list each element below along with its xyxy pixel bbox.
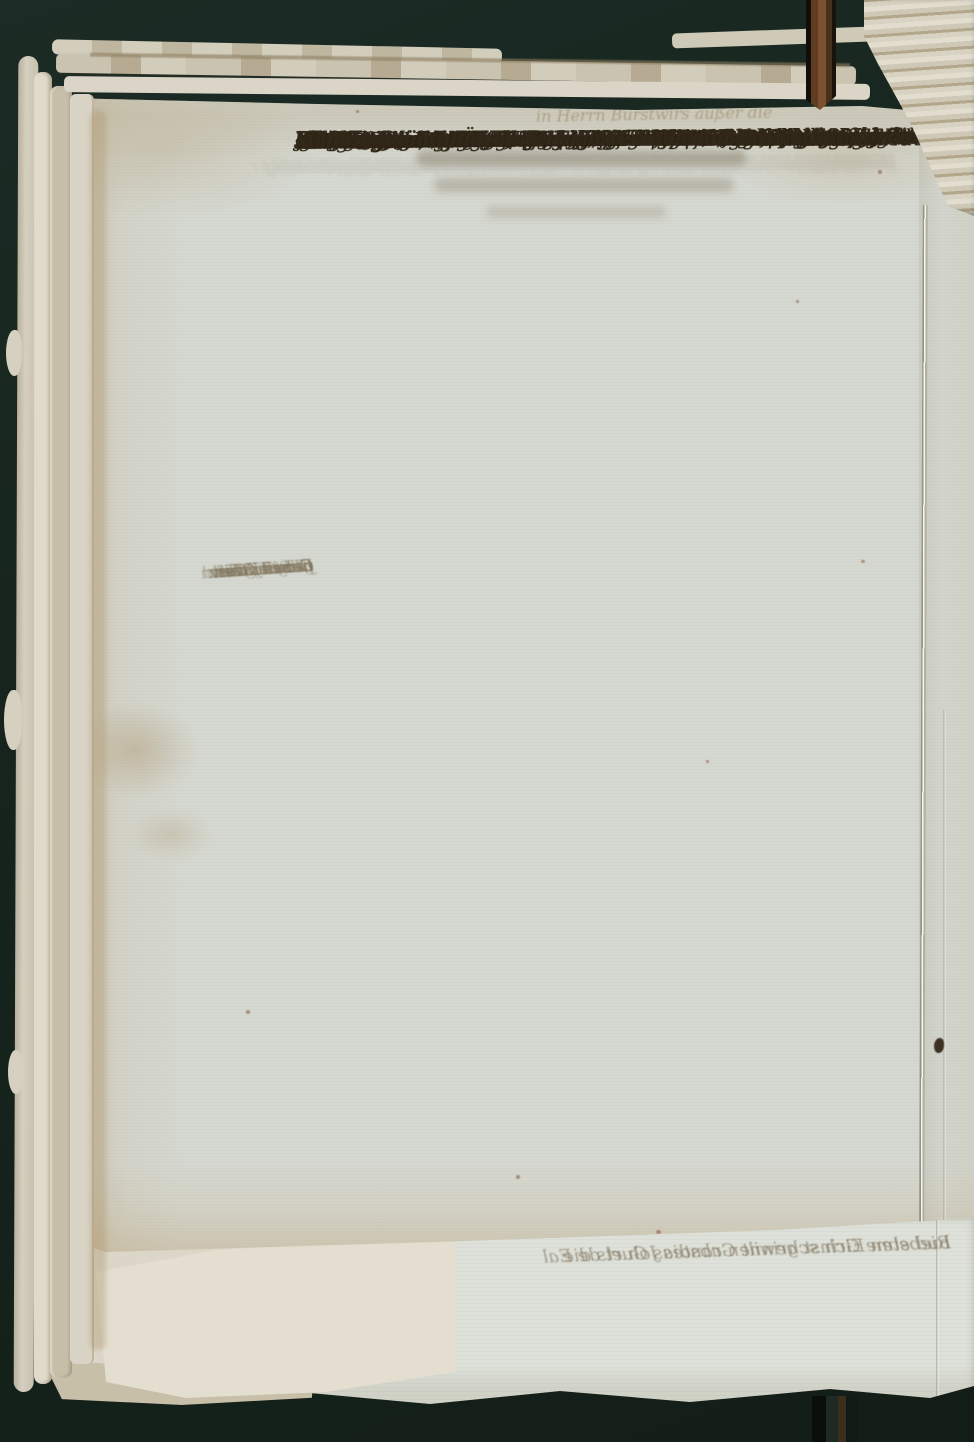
- paper-fleck: [656, 1230, 661, 1234]
- book-page-edges-left: [50, 86, 72, 1378]
- manuscript-text-line: Kellennassen, ein theill in gesteckten B…: [294, 123, 844, 155]
- binding-clasp: [806, 0, 836, 110]
- handwritten-text-block: selbge geschilte Persohne, schmecherisch…: [294, 122, 966, 126]
- manuscript-page: in Herrn Bürstwirs außer die selbge gesc…: [16, 90, 974, 1256]
- paper-fleck: [246, 1010, 250, 1014]
- book-page-edges-top: [672, 27, 872, 49]
- ink-offset-smudge: [486, 206, 666, 218]
- show-through-text-margin: Claus Kimzu mit geswhaben, woltden Gulde…: [112, 541, 312, 555]
- paper-fleck: [516, 1175, 520, 1179]
- paper-fleck: [796, 300, 799, 303]
- torn-edge-nub: [4, 690, 22, 750]
- secondary-fold-crease: [943, 710, 946, 1240]
- paper-fleck: [861, 560, 865, 563]
- ink-offset-smudge: [434, 178, 734, 192]
- stand-post: [812, 1396, 858, 1442]
- show-through-line: Joh und Geld: [200, 541, 315, 599]
- edge-stain-column: [90, 110, 106, 1350]
- paper-fleck: [706, 760, 709, 763]
- paper-fleck: [878, 170, 882, 174]
- manuscript-photograph: bud elme Grinst gewilt Grandias Gurt de …: [0, 0, 974, 1442]
- paper-fleck: [356, 110, 359, 113]
- torn-edge-nub: [6, 330, 22, 376]
- torn-edge-nub: [8, 1050, 23, 1094]
